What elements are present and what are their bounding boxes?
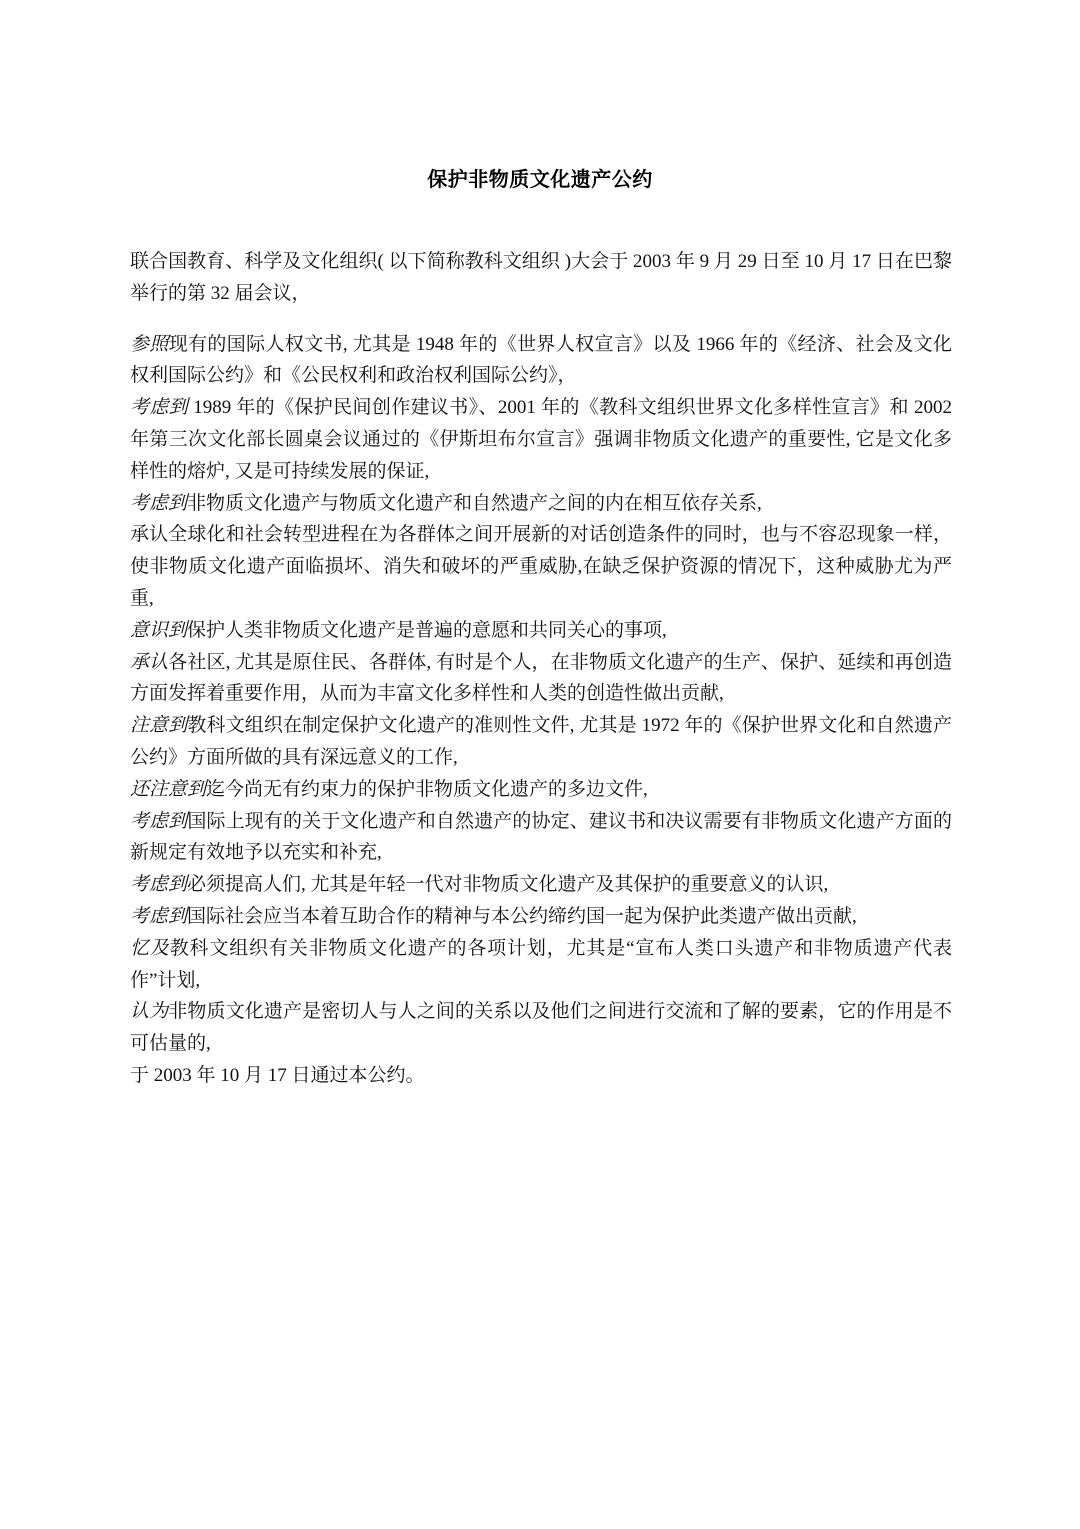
clause-text: 迄今尚无有约束力的保护非物质文化遗产的多边文件, [206, 779, 648, 800]
clause-lead: 忆及 [130, 938, 170, 959]
clause-text: 必须提高人们, 尤其是年轻一代对非物质文化遗产及其保护的重要意义的认识, [187, 874, 828, 895]
clause-lead: 还注意到 [130, 779, 206, 800]
clause-text: 承认全球化和社会转型进程在为各群体之间开展新的对话创造条件的同时，也与不容忍现象… [130, 524, 952, 609]
clause-text: 国际社会应当本着互助合作的精神与本公约缔约国一起为保护此类遗产做出贡献, [187, 906, 857, 927]
clause-lead: 考虑到 [130, 874, 187, 895]
clause-paragraph: 承认全球化和社会转型进程在为各群体之间开展新的对话创造条件的同时，也与不容忍现象… [130, 519, 952, 614]
clause-text: 1989 年的《保护民间创作建议书》、2001 年的《教科文组织世界文化多样性宣… [130, 397, 952, 482]
clause-lead: 考虑到 [130, 397, 188, 418]
clause-text: 非物质文化遗产是密切人与人之间的关系以及他们之间进行交流和了解的要素，它的作用是… [130, 1001, 952, 1054]
clause-lead: 考虑到 [130, 493, 187, 514]
clause-lead: 注意到 [130, 715, 187, 736]
clause-paragraph: 考虑到国际上现有的关于文化遗产和自然遗产的协定、建议书和决议需要有非物质文化遗产… [130, 806, 952, 870]
clause-lead: 认为 [130, 1001, 168, 1022]
clause-lead: 考虑到 [130, 906, 187, 927]
clause-paragraph: 注意到教科文组织在制定保护文化遗产的准则性文件, 尤其是 1972 年的《保护世… [130, 710, 952, 774]
document-title: 保护非物质文化遗产公约 [0, 163, 1080, 195]
clause-lead: 参照 [130, 334, 169, 355]
document-body: 联合国教育、科学及文化组织( 以下简称教科文组织 )大会于 2003 年 9 月… [130, 246, 952, 1092]
document-page: 保护非物质文化遗产公约 联合国教育、科学及文化组织( 以下简称教科文组织 )大会… [0, 0, 1080, 1529]
clause-paragraph: 忆及教科文组织有关非物质文化遗产的各项计划，尤其是“宣布人类口头遗产和非物质遗产… [130, 933, 952, 997]
clause-lead: 意识到 [130, 620, 187, 641]
clause-text: 国际上现有的关于文化遗产和自然遗产的协定、建议书和决议需要有非物质文化遗产方面的… [130, 811, 952, 864]
clause-paragraph: 考虑到必须提高人们, 尤其是年轻一代对非物质文化遗产及其保护的重要意义的认识, [130, 869, 952, 901]
clause-text: 各社区, 尤其是原住民、各群体, 有时是个人，在非物质文化遗产的生产、保护、延续… [130, 652, 952, 705]
clause-text: 保护人类非物质文化遗产是普遍的意愿和共同关心的事项, [187, 620, 667, 641]
clause-paragraph: 参照现有的国际人权文书, 尤其是 1948 年的《世界人权宣言》以及 1966 … [130, 329, 952, 393]
clause-lead: 承认 [130, 652, 168, 673]
clause-paragraph: 考虑到 1989 年的《保护民间创作建议书》、2001 年的《教科文组织世界文化… [130, 392, 952, 487]
intro-paragraph: 联合国教育、科学及文化组织( 以下简称教科文组织 )大会于 2003 年 9 月… [130, 246, 952, 310]
clause-paragraph: 认为非物质文化遗产是密切人与人之间的关系以及他们之间进行交流和了解的要素，它的作… [130, 996, 952, 1060]
clause-paragraph: 考虑到非物质文化遗产与物质文化遗产和自然遗产之间的内在相互依存关系, [130, 488, 952, 520]
clause-text: 教科文组织有关非物质文化遗产的各项计划，尤其是“宣布人类口头遗产和非物质遗产代表… [130, 938, 952, 991]
clause-paragraph: 考虑到国际社会应当本着互助合作的精神与本公约缔约国一起为保护此类遗产做出贡献, [130, 901, 952, 933]
closing-paragraph: 于 2003 年 10 月 17 日通过本公约。 [130, 1060, 952, 1092]
clause-text: 非物质文化遗产与物质文化遗产和自然遗产之间的内在相互依存关系, [187, 493, 762, 514]
clause-paragraph: 承认各社区, 尤其是原住民、各群体, 有时是个人，在非物质文化遗产的生产、保护、… [130, 647, 952, 711]
clause-paragraph: 还注意到迄今尚无有约束力的保护非物质文化遗产的多边文件, [130, 774, 952, 806]
clause-paragraph: 意识到保护人类非物质文化遗产是普遍的意愿和共同关心的事项, [130, 615, 952, 647]
clause-text: 现有的国际人权文书, 尤其是 1948 年的《世界人权宣言》以及 1966 年的… [130, 334, 952, 387]
clause-text: 教科文组织在制定保护文化遗产的准则性文件, 尤其是 1972 年的《保护世界文化… [130, 715, 952, 768]
clause-lead: 考虑到 [130, 811, 187, 832]
